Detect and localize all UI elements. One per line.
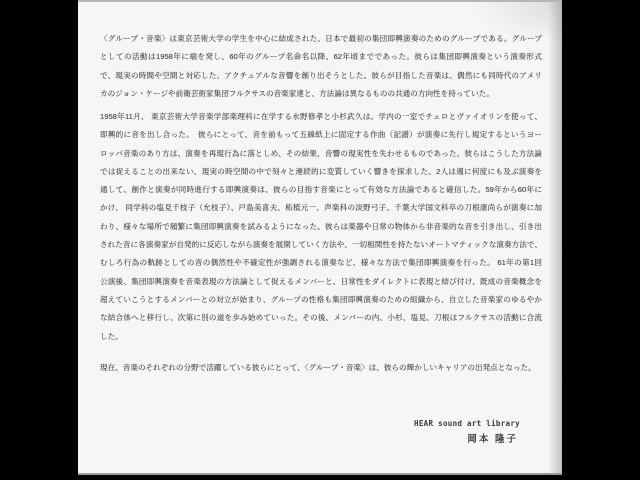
text-line: で、現実の時間や空間と対応した、アクチュアルな音響を創り出そうとした。彼らが目指…	[100, 67, 542, 85]
credit-author-name: 岡本 隆子	[467, 431, 518, 445]
text-line: 公演後、集団即興演奏を音楽表現の方法論として捉えるメンバーと、日常性をダイレクト…	[100, 273, 542, 291]
text-line: としての活動は1958年に端を発し、60年のグループ名命名以降、62年頃までであ…	[100, 48, 542, 66]
text-line: むしろ行為の軌跡としての音の偶然性や不確定性が強調される演奏など、様々な方法で集…	[100, 254, 542, 272]
text-line: 超えていこうとするメンバーとの対立が始まり、グループの性格も集団即興演奏のための…	[100, 291, 542, 309]
liner-notes-page: 〈グループ・音楽〉は東京芸術大学の学生を中心に結成された、日本で最初の集団即興演…	[78, 0, 562, 475]
paragraph-group-intro: 〈グループ・音楽〉は東京芸術大学の学生を中心に結成された、日本で最初の集団即興演…	[100, 30, 542, 103]
text-line: では捉えることの出来ない、現実の時空間の中で刻々と連続的に変質していく響きを探求…	[100, 163, 542, 181]
text-line: した。	[100, 328, 542, 346]
text-line: 1958年11月、 東京芸術大学音楽学部楽理科に在学する水野修孝と小杉武久は、学…	[100, 108, 542, 126]
paragraph-group-history: 1958年11月、 東京芸術大学音楽学部楽理科に在学する水野修孝と小杉武久は、学…	[100, 108, 542, 346]
text-line: な結合体へと移行し、次第に別の道を歩み始めていった。その後、メンバーの内、小杉、…	[100, 309, 542, 327]
credit-library-label: HEAR sound art library	[414, 419, 520, 428]
text-line: された音に各演奏家が自発的に反応しながら演奏を展開していく方法や、一切相関性を持…	[100, 236, 542, 254]
video-frame: 〈グループ・音楽〉は東京芸術大学の学生を中心に結成された、日本で最初の集団即興演…	[0, 0, 640, 480]
text-line: わり、様々な場所で頻繁に集団即興演奏を試みるようになった。彼らは楽器や日常の物体…	[100, 218, 542, 236]
text-line: ロッパ音楽のあり方は、演奏を再現行為に落としめ、その結果、音響の現実性を失わせる…	[100, 145, 542, 163]
text-line: 即興的に音を出し合った。 彼らにとって、音を前もって五線紙上に固定する作曲（記譜…	[100, 126, 542, 144]
text-line: 現在、音楽のそれぞれの分野で活躍している彼らにとって、〈グループ・音楽〉は、彼ら…	[100, 359, 542, 377]
text-line: カのジョン・ケージや前衛芸術家集団フルクサスの音楽家達と、方法論は異なるものの共…	[100, 85, 542, 103]
paragraph-conclusion: 現在、音楽のそれぞれの分野で活躍している彼らにとって、〈グループ・音楽〉は、彼ら…	[100, 359, 542, 377]
text-line: かけ、 同学科の塩見千枝子（允枝子）、戸島美喜夫、柘植元一、声楽科の淡野弓子、千…	[100, 199, 542, 217]
text-line: 〈グループ・音楽〉は東京芸術大学の学生を中心に結成された、日本で最初の集団即興演…	[100, 30, 542, 48]
text-line: 通して、創作と演奏が同時進行する即興演奏は、彼らの目指す音楽にとって有効な方法論…	[100, 181, 542, 199]
